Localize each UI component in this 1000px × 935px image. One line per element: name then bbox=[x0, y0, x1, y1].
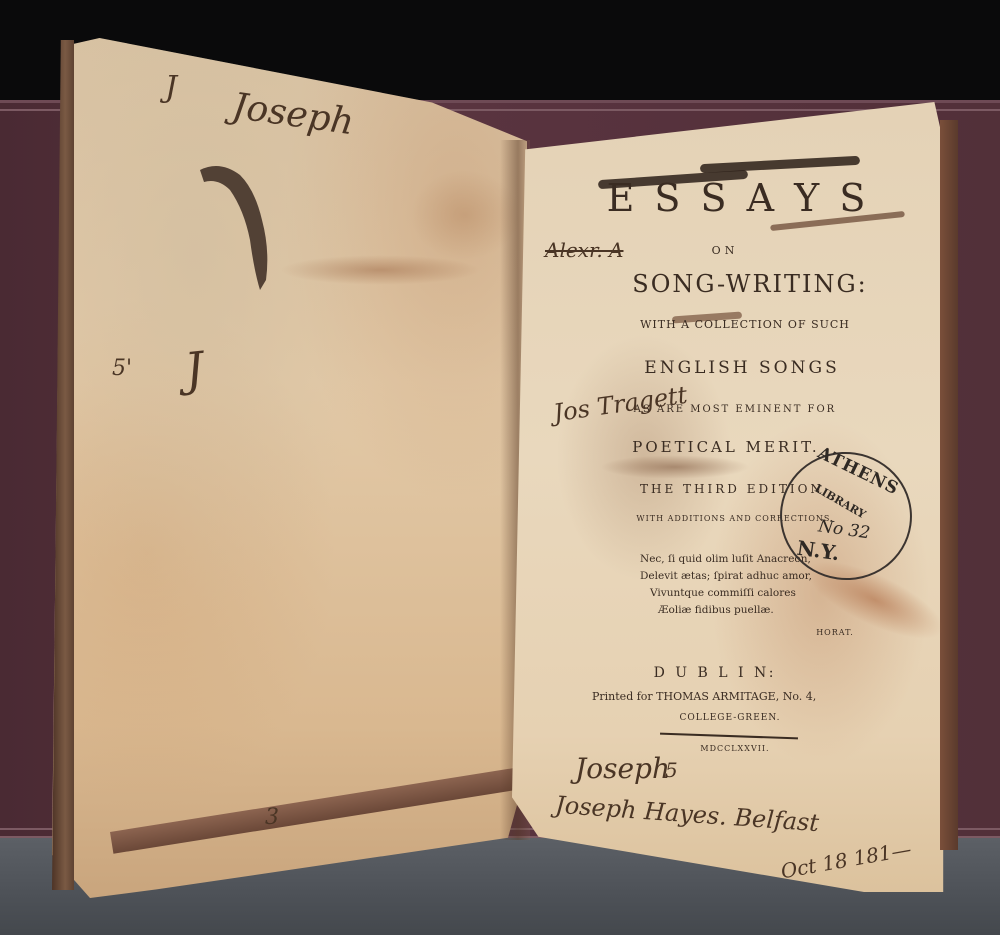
handwriting-mark: 5' bbox=[112, 356, 132, 381]
ink-stain bbox=[280, 255, 480, 285]
left-flyleaf-page bbox=[52, 38, 527, 898]
epigraph-line-3: Vivuntque commiſſi calores bbox=[650, 587, 820, 599]
imprint-address: COLLEGE-GREEN. bbox=[660, 713, 800, 723]
struck-handwriting-left: Alexr. A bbox=[545, 238, 623, 262]
title-on: ON bbox=[680, 244, 770, 257]
subtitle-english-songs: ENGLISH SONGS bbox=[582, 358, 902, 378]
imprint-date: MDCCLXXVII. bbox=[680, 744, 790, 753]
stamp-library: LIBRARY bbox=[812, 482, 867, 522]
signature-joseph-suffix: 5 bbox=[665, 758, 678, 782]
epigraph-line-4: Æoliæ fidibus puellæ. bbox=[658, 604, 808, 616]
signature-joseph: Joseph bbox=[575, 752, 670, 785]
subtitle-collection: WITH A COLLECTION OF SUCH bbox=[620, 318, 870, 331]
subtitle-poetical-merit: POETICAL MERIT. bbox=[606, 438, 846, 456]
title-essays: E S S A Y S bbox=[568, 176, 908, 220]
imprint-city: D U B L I N: bbox=[640, 665, 790, 681]
imprint-printer: Printed for THOMAS ARMITAGE, No. 4, bbox=[592, 690, 892, 703]
epigraph-attribution: HORAT. bbox=[810, 628, 860, 637]
right-cover-edge bbox=[940, 120, 958, 850]
epigraph-line-2: Delevit ætas; ſpirat adhuc amor, bbox=[640, 570, 830, 582]
ink-blot bbox=[200, 160, 280, 300]
handwriting-prefix: J bbox=[165, 70, 177, 105]
title-song-writing: SONG-WRITING: bbox=[590, 270, 910, 298]
ink-smudge bbox=[600, 455, 750, 479]
stamp-ny: N.Y. bbox=[795, 536, 841, 566]
handwriting-page-number: 3 bbox=[265, 805, 279, 830]
